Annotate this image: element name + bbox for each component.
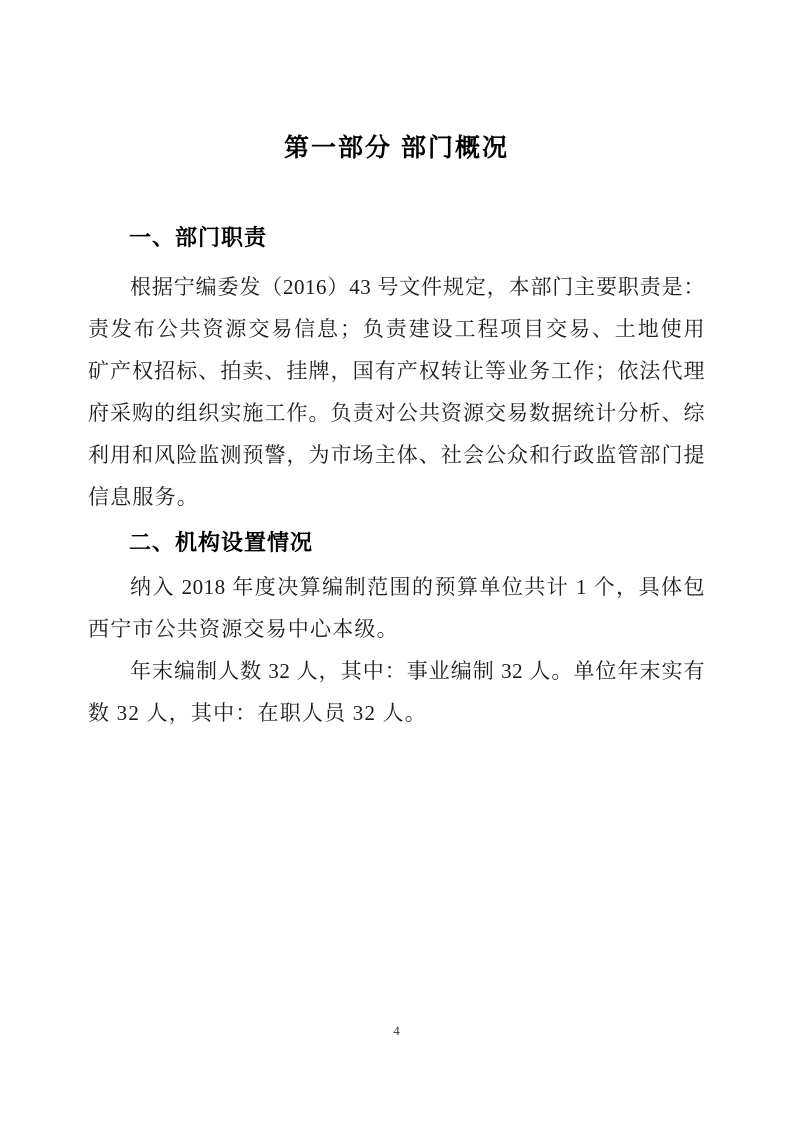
- section-2-heading: 二、机构设置情况: [129, 528, 313, 558]
- text-line: 信息服务。: [88, 476, 705, 518]
- page-number: 4: [0, 1022, 793, 1040]
- text-line: 责发布公共资源交易信息；负责建设工程项目交易、土地使用权、: [88, 308, 705, 350]
- section-1-paragraph: 根据宁编委发（2016）43 号文件规定，本部门主要职责是：负 责发布公共资源交…: [88, 266, 705, 518]
- document-title: 第一部分 部门概况: [0, 131, 793, 165]
- text-line: 根据宁编委发（2016）43 号文件规定，本部门主要职责是：负: [88, 266, 705, 308]
- text-line: 纳入 2018 年度决算编制范围的预算单位共计 1 个，具体包括：: [88, 566, 705, 608]
- text-line: 利用和风险监测预警，为市场主体、社会公众和行政监管部门提供: [88, 434, 705, 476]
- text-line: 西宁市公共资源交易中心本级。: [88, 608, 705, 650]
- text-line: 年末编制人数 32 人，其中：事业编制 32 人。单位年末实有人: [88, 650, 705, 692]
- section-2-paragraph-1: 纳入 2018 年度决算编制范围的预算单位共计 1 个，具体包括： 西宁市公共资…: [88, 566, 705, 650]
- section-1-heading: 一、部门职责: [129, 223, 267, 253]
- text-line: 府采购的组织实施工作。负责对公共资源交易数据统计分析、综合: [88, 392, 705, 434]
- text-line: 矿产权招标、拍卖、挂牌，国有产权转让等业务工作；依法代理政: [88, 350, 705, 392]
- document-page: 第一部分 部门概况 一、部门职责 根据宁编委发（2016）43 号文件规定，本部…: [0, 0, 793, 1122]
- section-2-paragraph-2: 年末编制人数 32 人，其中：事业编制 32 人。单位年末实有人 数 32 人，…: [88, 650, 705, 734]
- text-line: 数 32 人，其中：在职人员 32 人。: [88, 692, 705, 734]
